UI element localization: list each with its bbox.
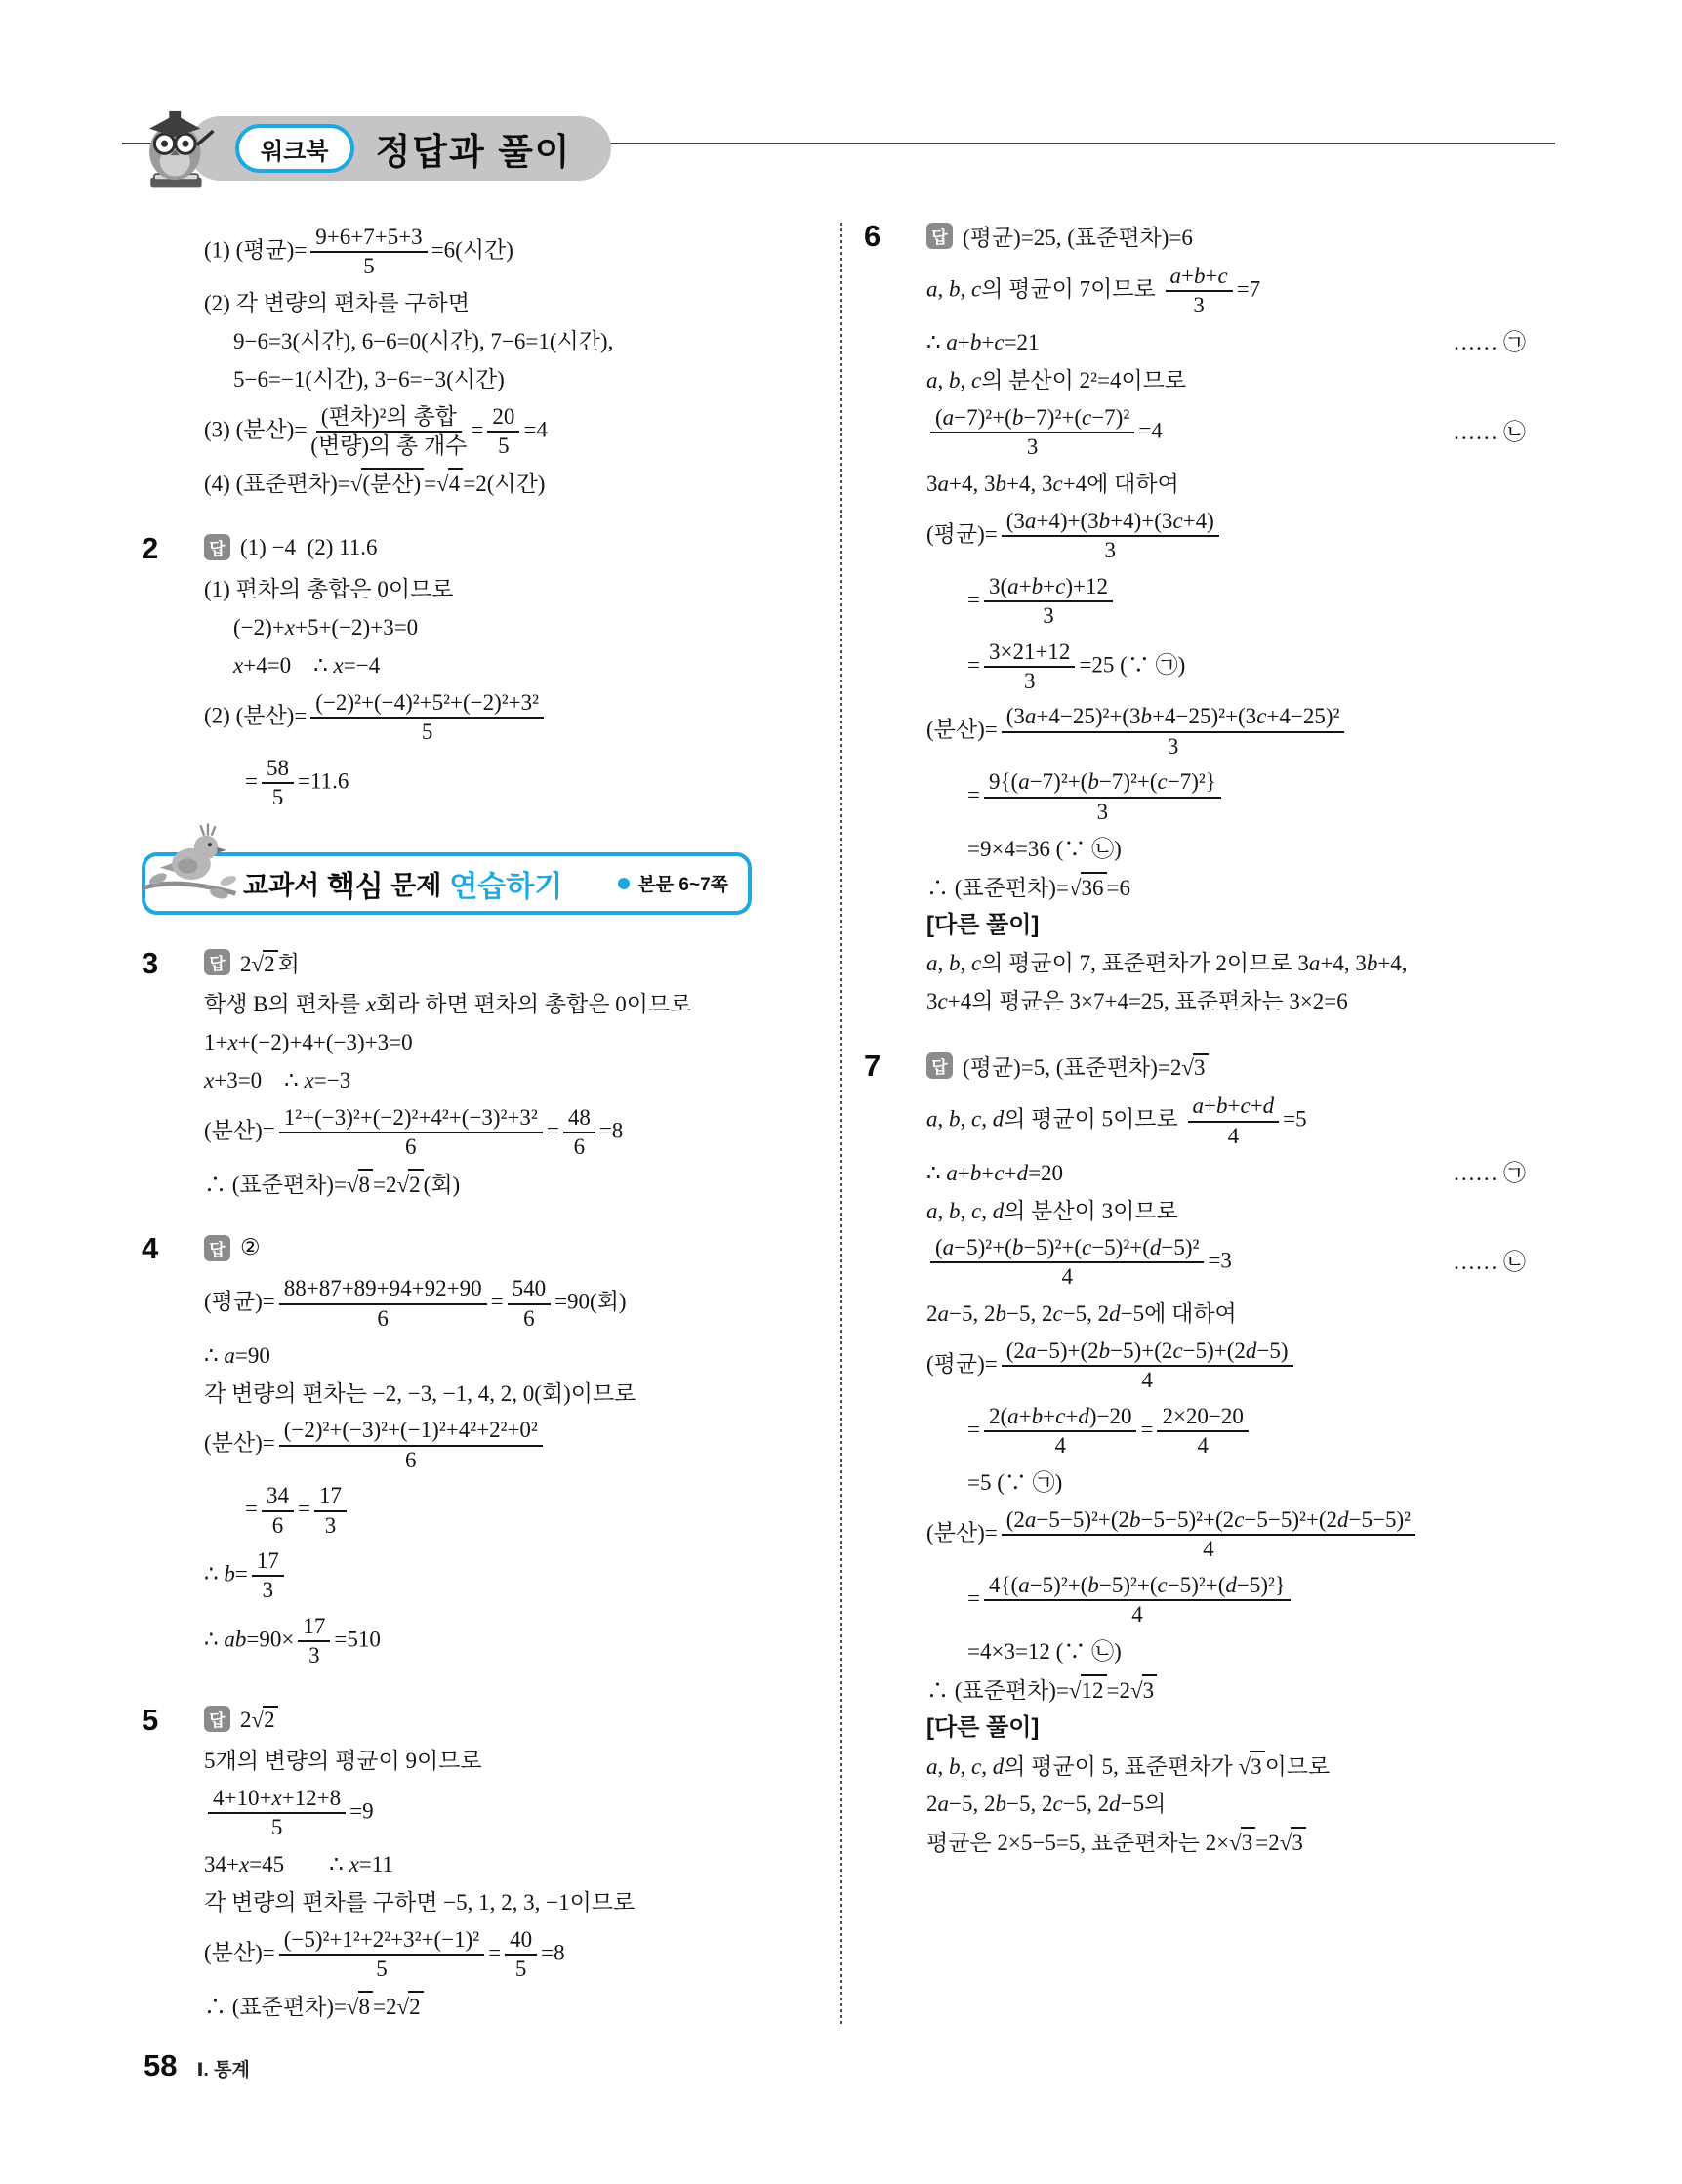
banner-title-part4: 연습하기: [449, 862, 562, 905]
column-divider: [840, 223, 842, 2024]
answer-badge: 답: [204, 1235, 230, 1261]
solution-line: 5−6=−1(시간), 3−6=−3(시간): [204, 364, 752, 396]
problem-number: 2: [142, 529, 204, 819]
solution-line: (분산)=(3a+4−25)²+(3b+4−25)²+(3c+4−25)²3: [926, 702, 1526, 762]
problem-body: 답 (평균)=25, (표준편차)=6 a, b, c의 평균이 7이므로 a+…: [926, 217, 1526, 1023]
other-solution-heading: [다른 풀이]: [926, 1711, 1526, 1744]
answer-badge: 답: [204, 534, 230, 560]
banner-title-part2: 핵심: [327, 862, 384, 905]
solution-line: (평균)=88+87+89+94+92+906=5406=90(회): [204, 1274, 752, 1334]
solution-lines: (평균)=88+87+89+94+92+906=5406=90(회)∴ a=90…: [204, 1274, 752, 1670]
left-column-top: (1) (평균)=9+6+7+5+35=6(시간)(2) 각 변량의 편차를 구…: [142, 217, 752, 819]
workbook-answers-page: 워크북 정답과 풀이 (1) (평균)=9+6+7+5+35=6(시간)(2) …: [0, 0, 1682, 2184]
solution-line: a, b, c, d의 평균이 5이므로 a+b+c+d4=5: [926, 1092, 1526, 1151]
page-footer: 58 Ⅰ. 통계: [144, 2048, 250, 2083]
solution-line: 4+10+x+12+85=9: [204, 1784, 752, 1843]
solution-line: a, b, c, d의 분산이 3이므로: [926, 1195, 1526, 1227]
problem-body: 답 2√2회 학생 B의 편차를 x회라 하면 편차의 총합은 0이므로1+x+…: [204, 944, 752, 1207]
problem-number: 4: [142, 1229, 204, 1676]
answer-line: 답 ②: [204, 1231, 752, 1264]
solution-line: (2) (분산)=(−2)²+(−4)²+5²+(−2)²+3²5: [204, 688, 752, 748]
solution-line: 9−6=3(시간), 6−6=0(시간), 7−6=1(시간),: [204, 326, 752, 358]
solution-line: 학생 B의 편차를 x회라 하면 편차의 총합은 0이므로: [204, 989, 752, 1021]
answer-line: 답 (평균)=5, (표준편차)=2√3: [926, 1049, 1526, 1082]
left-column: (1) (평균)=9+6+7+5+35=6(시간)(2) 각 변량의 편차를 구…: [142, 217, 752, 2052]
left-column-bottom: 3 답 2√2회 학생 B의 편차를 x회라 하면 편차의 총합은 0이므로1+…: [142, 944, 752, 2029]
problem-body: 답 ② (평균)=88+87+89+94+92+906=5406=90(회)∴ …: [204, 1229, 752, 1676]
solution-line: (평균)=(2a−5)+(2b−5)+(2c−5)+(2d−5)4: [926, 1337, 1526, 1396]
other-solution-heading: [다른 풀이]: [926, 909, 1526, 941]
answer-text: ②: [240, 1235, 261, 1260]
solution-line: (a−5)²+(b−5)²+(c−5)²+(d−5)²4=3…… ㉡: [926, 1233, 1526, 1293]
solution-line: (3) (분산)=(편차)²의 총합(변량)의 총 개수=205=4: [204, 402, 752, 462]
bird-mascot-icon: [140, 819, 241, 909]
answer-text: (평균)=25, (표준편차)=6: [963, 220, 1193, 252]
solution-line: 2a−5, 2b−5, 2c−5, 2d−5의: [926, 1788, 1526, 1820]
solution-line: (−2)+x+5+(−2)+3=0: [204, 612, 752, 644]
answer-text: (1) −4 (2) 11.6: [240, 535, 378, 560]
solution-line: (분산)=(−2)²+(−3)²+(−1)²+4²+2²+0²6: [204, 1416, 752, 1475]
reference-mark: …… ㉠: [1443, 328, 1526, 357]
answer-badge: 답: [926, 1052, 953, 1079]
problem-block: 7 답 (평균)=5, (표준편차)=2√3 a, b, c, d의 평균이 5…: [864, 1047, 1526, 1864]
workbook-badge: 워크북: [235, 124, 354, 173]
solution-line: 각 변량의 편차를 구하면 −5, 1, 2, 3, −1이므로: [204, 1887, 752, 1919]
problem-block: 5 답 2√2 5개의 변량의 평균이 9이므로4+10+x+12+85=934…: [142, 1701, 752, 2029]
answer-text: 2√2회: [240, 946, 300, 978]
solution-line: 5개의 변량의 평균이 9이므로: [204, 1746, 752, 1778]
solution-line: (1) (평균)=9+6+7+5+35=6(시간): [204, 223, 752, 282]
problem-block: 2 답 (1) −4 (2) 11.6 (1) 편차의 총합은 0이므로(−2)…: [142, 529, 752, 819]
solution-line: =5 (∵ ㉠): [926, 1467, 1526, 1500]
answer-line: 답 2√2회: [204, 946, 752, 979]
problem-body: 답 (1) −4 (2) 11.6 (1) 편차의 총합은 0이므로(−2)+x…: [204, 529, 752, 819]
reference-mark: …… ㉠: [1443, 1159, 1526, 1188]
answer-line: 답 (1) −4 (2) 11.6: [204, 531, 752, 564]
reference-mark: …… ㉡: [1443, 418, 1526, 447]
solution-line: a, b, c의 분산이 2²=4이므로: [926, 365, 1526, 397]
solution-line: a, b, c의 평균이 7이므로 a+b+c3=7: [926, 262, 1526, 321]
solution-line: ∴ a=90: [204, 1339, 752, 1372]
solution-line: a, b, c의 평균이 7, 표준편차가 2이므로 3a+4, 3b+4,: [926, 947, 1526, 979]
banner-page-ref: 본문 6~7쪽: [618, 870, 728, 896]
solution-line: 34+x=45 ∴ x=11: [204, 1849, 752, 1881]
solution-line: x+4=0 ∴ x=−4: [204, 650, 752, 682]
section-banner: 교과서 핵심 문제 연습하기 본문 6~7쪽: [142, 852, 752, 915]
solution-line: ∴ a+b+c=21…… ㉠: [926, 327, 1526, 359]
problem-block: 4 답 ② (평균)=88+87+89+94+92+906=5406=90(회)…: [142, 1229, 752, 1676]
solution-line: (분산)=(2a−5−5)²+(2b−5−5)²+(2c−5−5)²+(2d−5…: [926, 1505, 1526, 1565]
problem-number: 5: [142, 1701, 204, 2029]
solution-line: 2a−5, 2b−5, 2c−5, 2d−5에 대하여: [926, 1298, 1526, 1331]
solution-line: =2(a+b+c+d)−204=2×20−204: [926, 1402, 1526, 1462]
solution-line: ∴ (표준편차)=√12=2√3: [926, 1673, 1526, 1706]
owl-mascot-icon: [138, 105, 222, 191]
solution-lines: a, b, c의 평균이 7이므로 a+b+c3=7∴ a+b+c=21…… ㉠…: [926, 262, 1526, 1017]
solution-line: =585=11.6: [204, 754, 752, 813]
solution-line: =9{(a−7)²+(b−7)²+(c−7)²}3: [926, 767, 1526, 827]
problem-body: (1) (평균)=9+6+7+5+35=6(시간)(2) 각 변량의 편차를 구…: [204, 217, 752, 506]
answer-text: (평균)=5, (표준편차)=2√3: [963, 1050, 1209, 1082]
banner-title-part1: 교과서: [243, 864, 327, 902]
solution-line: 1+x+(−2)+4+(−3)+3=0: [204, 1027, 752, 1059]
solution-lines: 학생 B의 편차를 x회라 하면 편차의 총합은 0이므로1+x+(−2)+4+…: [204, 989, 752, 1201]
solution-line: 3a+4, 3b+4, 3c+4에 대하여: [926, 469, 1526, 501]
solution-line: =346=173: [204, 1481, 752, 1541]
solution-line: ∴ a+b+c+d=20…… ㉠: [926, 1157, 1526, 1189]
solution-line: =4×3=12 (∵ ㉡): [926, 1635, 1526, 1668]
page-number: 58: [144, 2048, 177, 2083]
solution-line: x+3=0 ∴ x=−3: [204, 1065, 752, 1097]
problem-block: (1) (평균)=9+6+7+5+35=6(시간)(2) 각 변량의 편차를 구…: [142, 217, 752, 506]
solution-line: (a−7)²+(b−7)²+(c−7)²3=4…… ㉡: [926, 403, 1526, 463]
solution-line: 평균은 2×5−5=5, 표준편차는 2×√3=2√3: [926, 1826, 1526, 1858]
solution-line: =3(a+b+c)+123: [926, 572, 1526, 632]
title-pill: 워크북 정답과 풀이: [188, 116, 611, 181]
solution-line: (2) 각 변량의 편차를 구하면: [204, 288, 752, 320]
answer-badge: 답: [926, 223, 953, 249]
right-column: 6 답 (평균)=25, (표준편차)=6 a, b, c의 평균이 7이므로 …: [864, 217, 1526, 1887]
reference-mark: …… ㉡: [1443, 1248, 1526, 1277]
banner-title-part3: 문제: [384, 864, 442, 902]
page-header: 워크북 정답과 풀이: [122, 105, 1555, 182]
answer-badge: 답: [204, 1706, 230, 1732]
answer-text: 2√2: [240, 1706, 278, 1733]
problem-number: 3: [142, 944, 204, 1207]
problem-number: 7: [864, 1047, 926, 1864]
solution-line: (1) 편차의 총합은 0이므로: [204, 574, 752, 606]
chapter-label: Ⅰ. 통계: [196, 2055, 249, 2081]
problem-block: 6 답 (평균)=25, (표준편차)=6 a, b, c의 평균이 7이므로 …: [864, 217, 1526, 1023]
solution-line: (분산)=1²+(−3)²+(−2)²+4²+(−3)²+3²6=486=8: [204, 1103, 752, 1163]
problem-number: 6: [864, 217, 926, 1023]
solution-line: ∴ (표준편차)=√8=2√2(회): [204, 1168, 752, 1200]
page-title: 정답과 풀이: [376, 122, 572, 175]
problem-number: [142, 217, 204, 506]
solution-line: ∴ b=173: [204, 1546, 752, 1606]
solution-line: (평균)=(3a+4)+(3b+4)+(3c+4)3: [926, 507, 1526, 566]
banner-ref-text: 본문 6~7쪽: [637, 870, 728, 896]
problem-block: 3 답 2√2회 학생 B의 편차를 x회라 하면 편차의 총합은 0이므로1+…: [142, 944, 752, 1207]
answer-line: 답 2√2: [204, 1703, 752, 1736]
solution-line: =3×21+123=25 (∵ ㉠): [926, 638, 1526, 697]
problem-body: 답 2√2 5개의 변량의 평균이 9이므로4+10+x+12+85=934+x…: [204, 1701, 752, 2029]
solution-lines: (1) 편차의 총합은 0이므로(−2)+x+5+(−2)+3=0x+4=0 ∴…: [204, 574, 752, 813]
problem-body: 답 (평균)=5, (표준편차)=2√3 a, b, c, d의 평균이 5이므…: [926, 1047, 1526, 1864]
solution-line: ∴ (표준편차)=√8=2√2: [204, 1991, 752, 2023]
solution-line: a, b, c, d의 평균이 5, 표준편차가 √3이므로: [926, 1750, 1526, 1782]
solution-lines: 5개의 변량의 평균이 9이므로4+10+x+12+85=934+x=45 ∴ …: [204, 1746, 752, 2023]
answer-badge: 답: [204, 949, 230, 975]
solution-line: (분산)=(−5)²+1²+2²+3²+(−1)²5=405=8: [204, 1925, 752, 1985]
solution-line: 3c+4의 평균은 3×7+4=25, 표준편차는 3×2=6: [926, 985, 1526, 1017]
solution-lines: (1) (평균)=9+6+7+5+35=6(시간)(2) 각 변량의 편차를 구…: [204, 223, 752, 500]
solution-lines: a, b, c, d의 평균이 5이므로 a+b+c+d4=5∴ a+b+c+d…: [926, 1092, 1526, 1858]
solution-line: =4{(a−5)²+(b−5)²+(c−5)²+(d−5)²}4: [926, 1571, 1526, 1630]
bullet-icon: [618, 878, 630, 889]
solution-line: (4) (표준편차)=√(분산)=√4=2(시간): [204, 468, 752, 500]
solution-line: =9×4=36 (∵ ㉡): [926, 833, 1526, 865]
answer-line: 답 (평균)=25, (표준편차)=6: [926, 219, 1526, 252]
solution-line: 각 변량의 편차는 −2, −3, −1, 4, 2, 0(회)이므로: [204, 1378, 752, 1410]
solution-line: ∴ ab=90×173=510: [204, 1612, 752, 1671]
solution-line: ∴ (표준편차)=√36=6: [926, 871, 1526, 903]
